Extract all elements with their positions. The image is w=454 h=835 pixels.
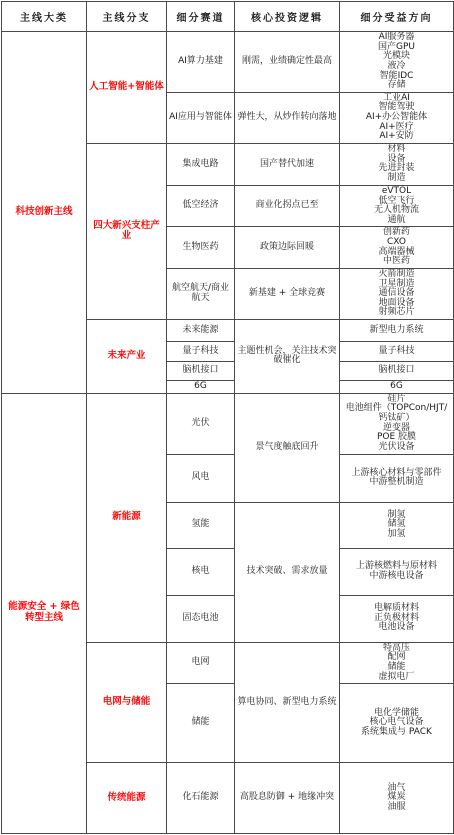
branch-future-industries: 未来产业 (87, 320, 167, 394)
benefit-cell: 材料 设备 先进封装 制造 (340, 143, 454, 185)
track-cell: 电网 (167, 642, 235, 684)
logic-cell: 高股息防御 + 地缘冲突 (235, 763, 340, 834)
track-cell: AI算力基建 (167, 32, 235, 93)
benefit-cell: 6G (340, 381, 454, 394)
benefit-cell: 油气 煤炭 油服 (340, 763, 454, 834)
track-cell: 核电 (167, 548, 235, 595)
track-cell: 量子科技 (167, 342, 235, 362)
logic-cell: 政策边际回暖 (235, 227, 340, 269)
benefit-cell: 火箭制造 卫星制造 通信设备 地面设备 射频芯片 (340, 268, 454, 319)
benefit-cell: 上游核燃料与原材料 中游核电设备 (340, 548, 454, 595)
benefit-cell: 特高压 配网 储能 虚拟电厂 (340, 642, 454, 684)
col-header-branch: 主线分支 (87, 2, 167, 32)
logic-cell: 新基建 + 全球竞赛 (235, 268, 340, 319)
benefit-cell: 工业AI 智能驾驶 AI+办公智能体 AI+医疗 AI+安防 (340, 92, 454, 143)
track-cell: 化石能源 (167, 763, 235, 834)
table-row: 能源安全 + 绿色转型主线 新能源 光伏 景气度触底回升 硅片 电池组件（TOP… (2, 393, 454, 454)
track-cell: 风电 (167, 454, 235, 502)
track-cell: 低空经济 (167, 185, 235, 227)
track-cell: 氢能 (167, 502, 235, 548)
benefit-cell: 硅片 电池组件（TOPCon/HJT/钙钛矿） 逆变器 POE 胶膜 光伏设备 (340, 393, 454, 454)
logic-cell: 技术突破、需求放量 (235, 502, 340, 642)
branch-new-energy: 新能源 (87, 393, 167, 642)
logic-cell: 主题性机会，关注技术突破催化 (235, 320, 340, 394)
track-cell: 6G (167, 381, 235, 394)
benefit-cell: 制氢 储氢 加氢 (340, 502, 454, 548)
branch-grid-storage: 电网与储能 (87, 642, 167, 763)
logic-cell: 商业化拐点已至 (235, 185, 340, 227)
benefit-cell: 创新药 CXO 高端器械 中医药 (340, 227, 454, 269)
investment-themes-table: 主线大类 主线分支 细分赛道 核心投资逻辑 细分受益方向 科技创新主线 人工智能… (1, 1, 454, 834)
benefit-cell: eVTOL 低空飞行 无人机物流 通航 (340, 185, 454, 227)
branch-traditional-energy: 传统能源 (87, 763, 167, 834)
benefit-cell: 电解质材料 正负极材料 电池设备 (340, 595, 454, 642)
benefit-cell: 上游核心材料与零部件 中游整机制造 (340, 454, 454, 502)
track-cell: 集成电路 (167, 143, 235, 185)
header-row: 主线大类 主线分支 细分赛道 核心投资逻辑 细分受益方向 (2, 2, 454, 32)
track-cell: 未来能源 (167, 320, 235, 342)
benefit-cell: 脑机接口 (340, 362, 454, 381)
branch-four-emerging-pillars: 四大新兴支柱产业 (87, 143, 167, 319)
track-cell: 储能 (167, 684, 235, 763)
col-header-track: 细分赛道 (167, 2, 235, 32)
benefit-cell: 电化学储能 核心电气设备 系统集成与 PACK (340, 684, 454, 763)
table-row: 科技创新主线 人工智能+智能体 AI算力基建 刚需，业绩确定性最高 AI服务器 … (2, 32, 454, 93)
logic-cell: 景气度触底回升 (235, 393, 340, 502)
logic-cell: 刚需，业绩确定性最高 (235, 32, 340, 93)
logic-cell: 算电协同、新型电力系统 (235, 642, 340, 763)
logic-cell: 国产替代加速 (235, 143, 340, 185)
benefit-cell: 新型电力系统 (340, 320, 454, 342)
col-header-benefit: 细分受益方向 (340, 2, 454, 32)
col-header-logic: 核心投资逻辑 (235, 2, 340, 32)
track-cell: 航空航天/商业航天 (167, 268, 235, 319)
branch-ai-agents: 人工智能+智能体 (87, 32, 167, 144)
main-category-tech-innovation: 科技创新主线 (2, 32, 87, 394)
track-cell: AI应用与智能体 (167, 92, 235, 143)
col-header-main-category: 主线大类 (2, 2, 87, 32)
logic-cell: 弹性大，从炒作转向落地 (235, 92, 340, 143)
track-cell: 光伏 (167, 393, 235, 454)
benefit-cell: AI服务器 国产GPU 光模块 液冷 智能IDC 存储 (340, 32, 454, 93)
main-category-energy-green-transition: 能源安全 + 绿色转型主线 (2, 393, 87, 834)
track-cell: 固态电池 (167, 595, 235, 642)
track-cell: 脑机接口 (167, 362, 235, 381)
benefit-cell: 量子科技 (340, 342, 454, 362)
track-cell: 生物医药 (167, 227, 235, 269)
